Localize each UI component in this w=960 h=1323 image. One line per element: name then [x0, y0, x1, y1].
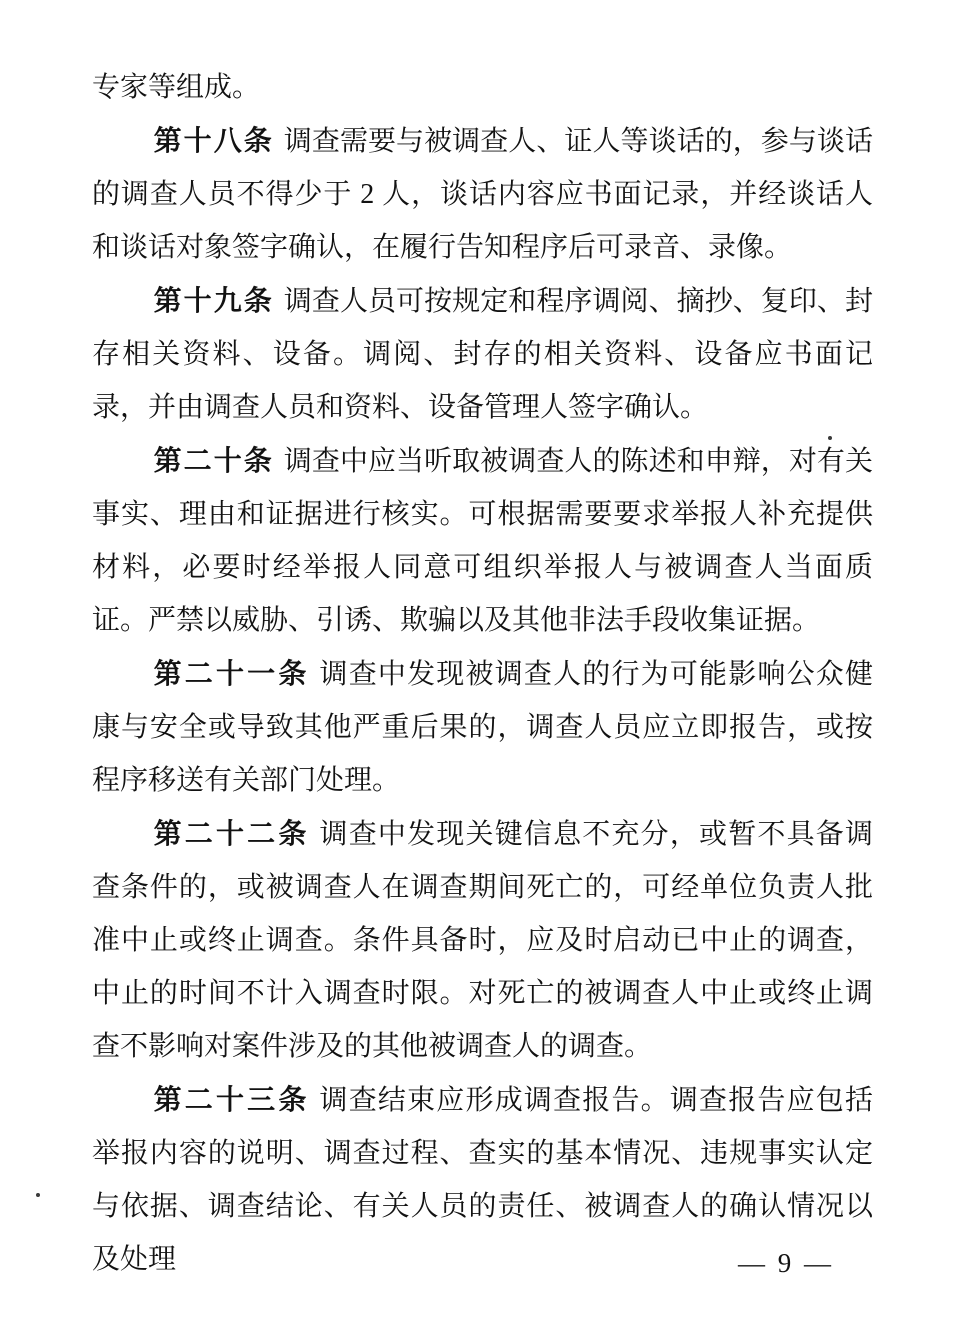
article-19-paragraph: 第十九条调查人员可按规定和程序调阅、摘抄、复印、封存相关资料、设备。调阅、封存的…	[92, 274, 873, 434]
scan-speck	[828, 436, 832, 440]
paragraph-continuation: 专家等组成。	[92, 61, 873, 114]
article-22-number: 第二十二条	[154, 818, 310, 849]
document-text-body: 专家等组成。 第十八条调查需要与被调查人、证人等谈话的，参与谈话的调查人员不得少…	[92, 61, 873, 1286]
article-23-number: 第二十三条	[154, 1084, 310, 1115]
paragraph-text: 调查中发现关键信息不充分，或暂不具备调查条件的，或被调查人在调查期间死亡的，可经…	[92, 819, 873, 1062]
article-19-number: 第十九条	[154, 285, 274, 316]
article-21-paragraph: 第二十一条调查中发现被调查人的行为可能影响公众健康与安全或导致其他严重后果的，调…	[92, 647, 873, 807]
article-20-number: 第二十条	[154, 445, 274, 476]
page-number: — 9 —	[738, 1248, 834, 1279]
scanned-document-page: { "page": { "background": "#ffffff", "te…	[0, 0, 960, 1323]
article-18-paragraph: 第十八条调查需要与被调查人、证人等谈话的，参与谈话的调查人员不得少于 2 人，谈…	[92, 114, 873, 274]
paragraph-text: 专家等组成。	[92, 72, 260, 103]
article-20-paragraph: 第二十条调查中应当听取被调查人的陈述和申辩，对有关事实、理由和证据进行核实。可根…	[92, 434, 873, 647]
scan-speck	[36, 1193, 40, 1197]
article-22-paragraph: 第二十二条调查中发现关键信息不充分，或暂不具备调查条件的，或被调查人在调查期间死…	[92, 807, 873, 1073]
article-21-number: 第二十一条	[154, 658, 310, 689]
article-18-number: 第十八条	[154, 125, 274, 156]
